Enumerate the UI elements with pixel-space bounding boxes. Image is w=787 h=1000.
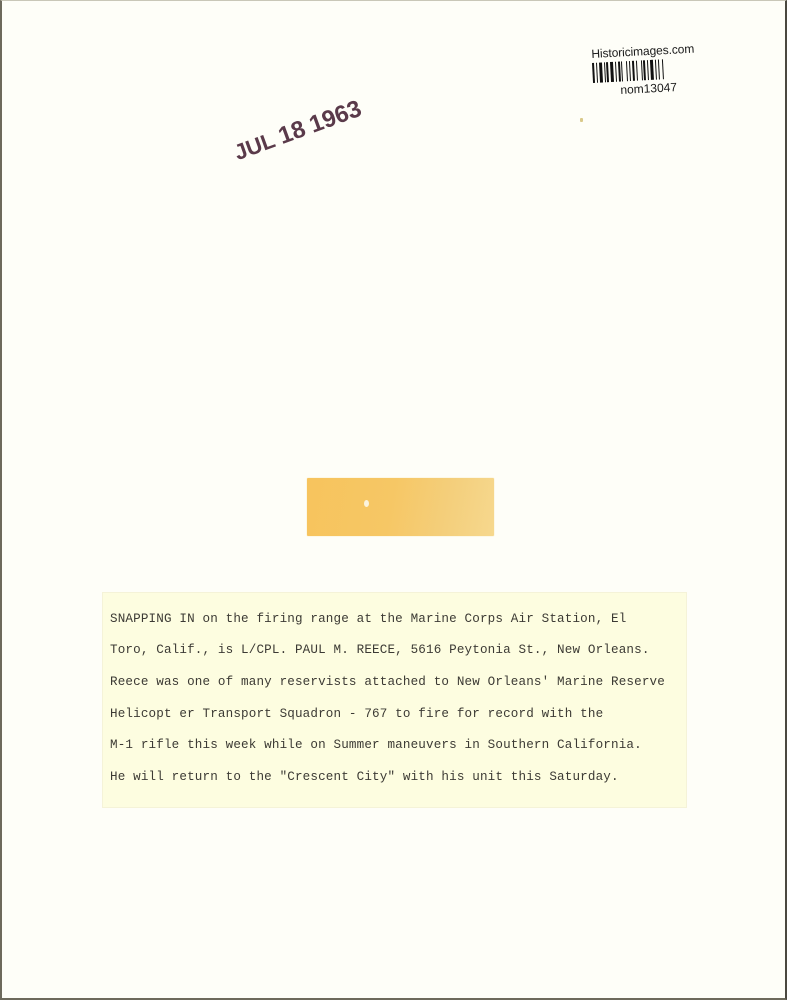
date-stamp-month: JUL	[231, 128, 278, 166]
caption-line: Helicopt er Transport Squadron - 767 to …	[110, 707, 603, 721]
date-stamp-day: 18	[275, 115, 309, 150]
caption-line: Reece was one of many reservists attache…	[110, 675, 665, 689]
date-stamp-year: 1963	[306, 95, 365, 139]
caption-clipping: SNAPPING IN on the firing range at the M…	[103, 593, 686, 807]
date-stamp: JUL 18 1963	[230, 95, 365, 167]
ink-speck	[580, 118, 583, 122]
caption-line: Toro, Calif., is L/CPL. PAUL M. REECE, 5…	[110, 643, 650, 657]
photo-back-page: Historicimages.com nom13047 JUL 18 1963 …	[0, 0, 787, 1000]
caption-line: SNAPPING IN on the firing range at the M…	[110, 612, 626, 626]
adhesive-tape	[307, 478, 494, 536]
barcode-icon	[592, 57, 707, 83]
sticker-id: nom13047	[620, 80, 677, 97]
archive-sticker: Historicimages.com nom13047	[590, 46, 708, 102]
caption-line: He will return to the "Crescent City" wi…	[110, 770, 619, 784]
tape-hole	[364, 500, 369, 507]
caption-line: M-1 rifle this week while on Summer mane…	[110, 738, 642, 752]
